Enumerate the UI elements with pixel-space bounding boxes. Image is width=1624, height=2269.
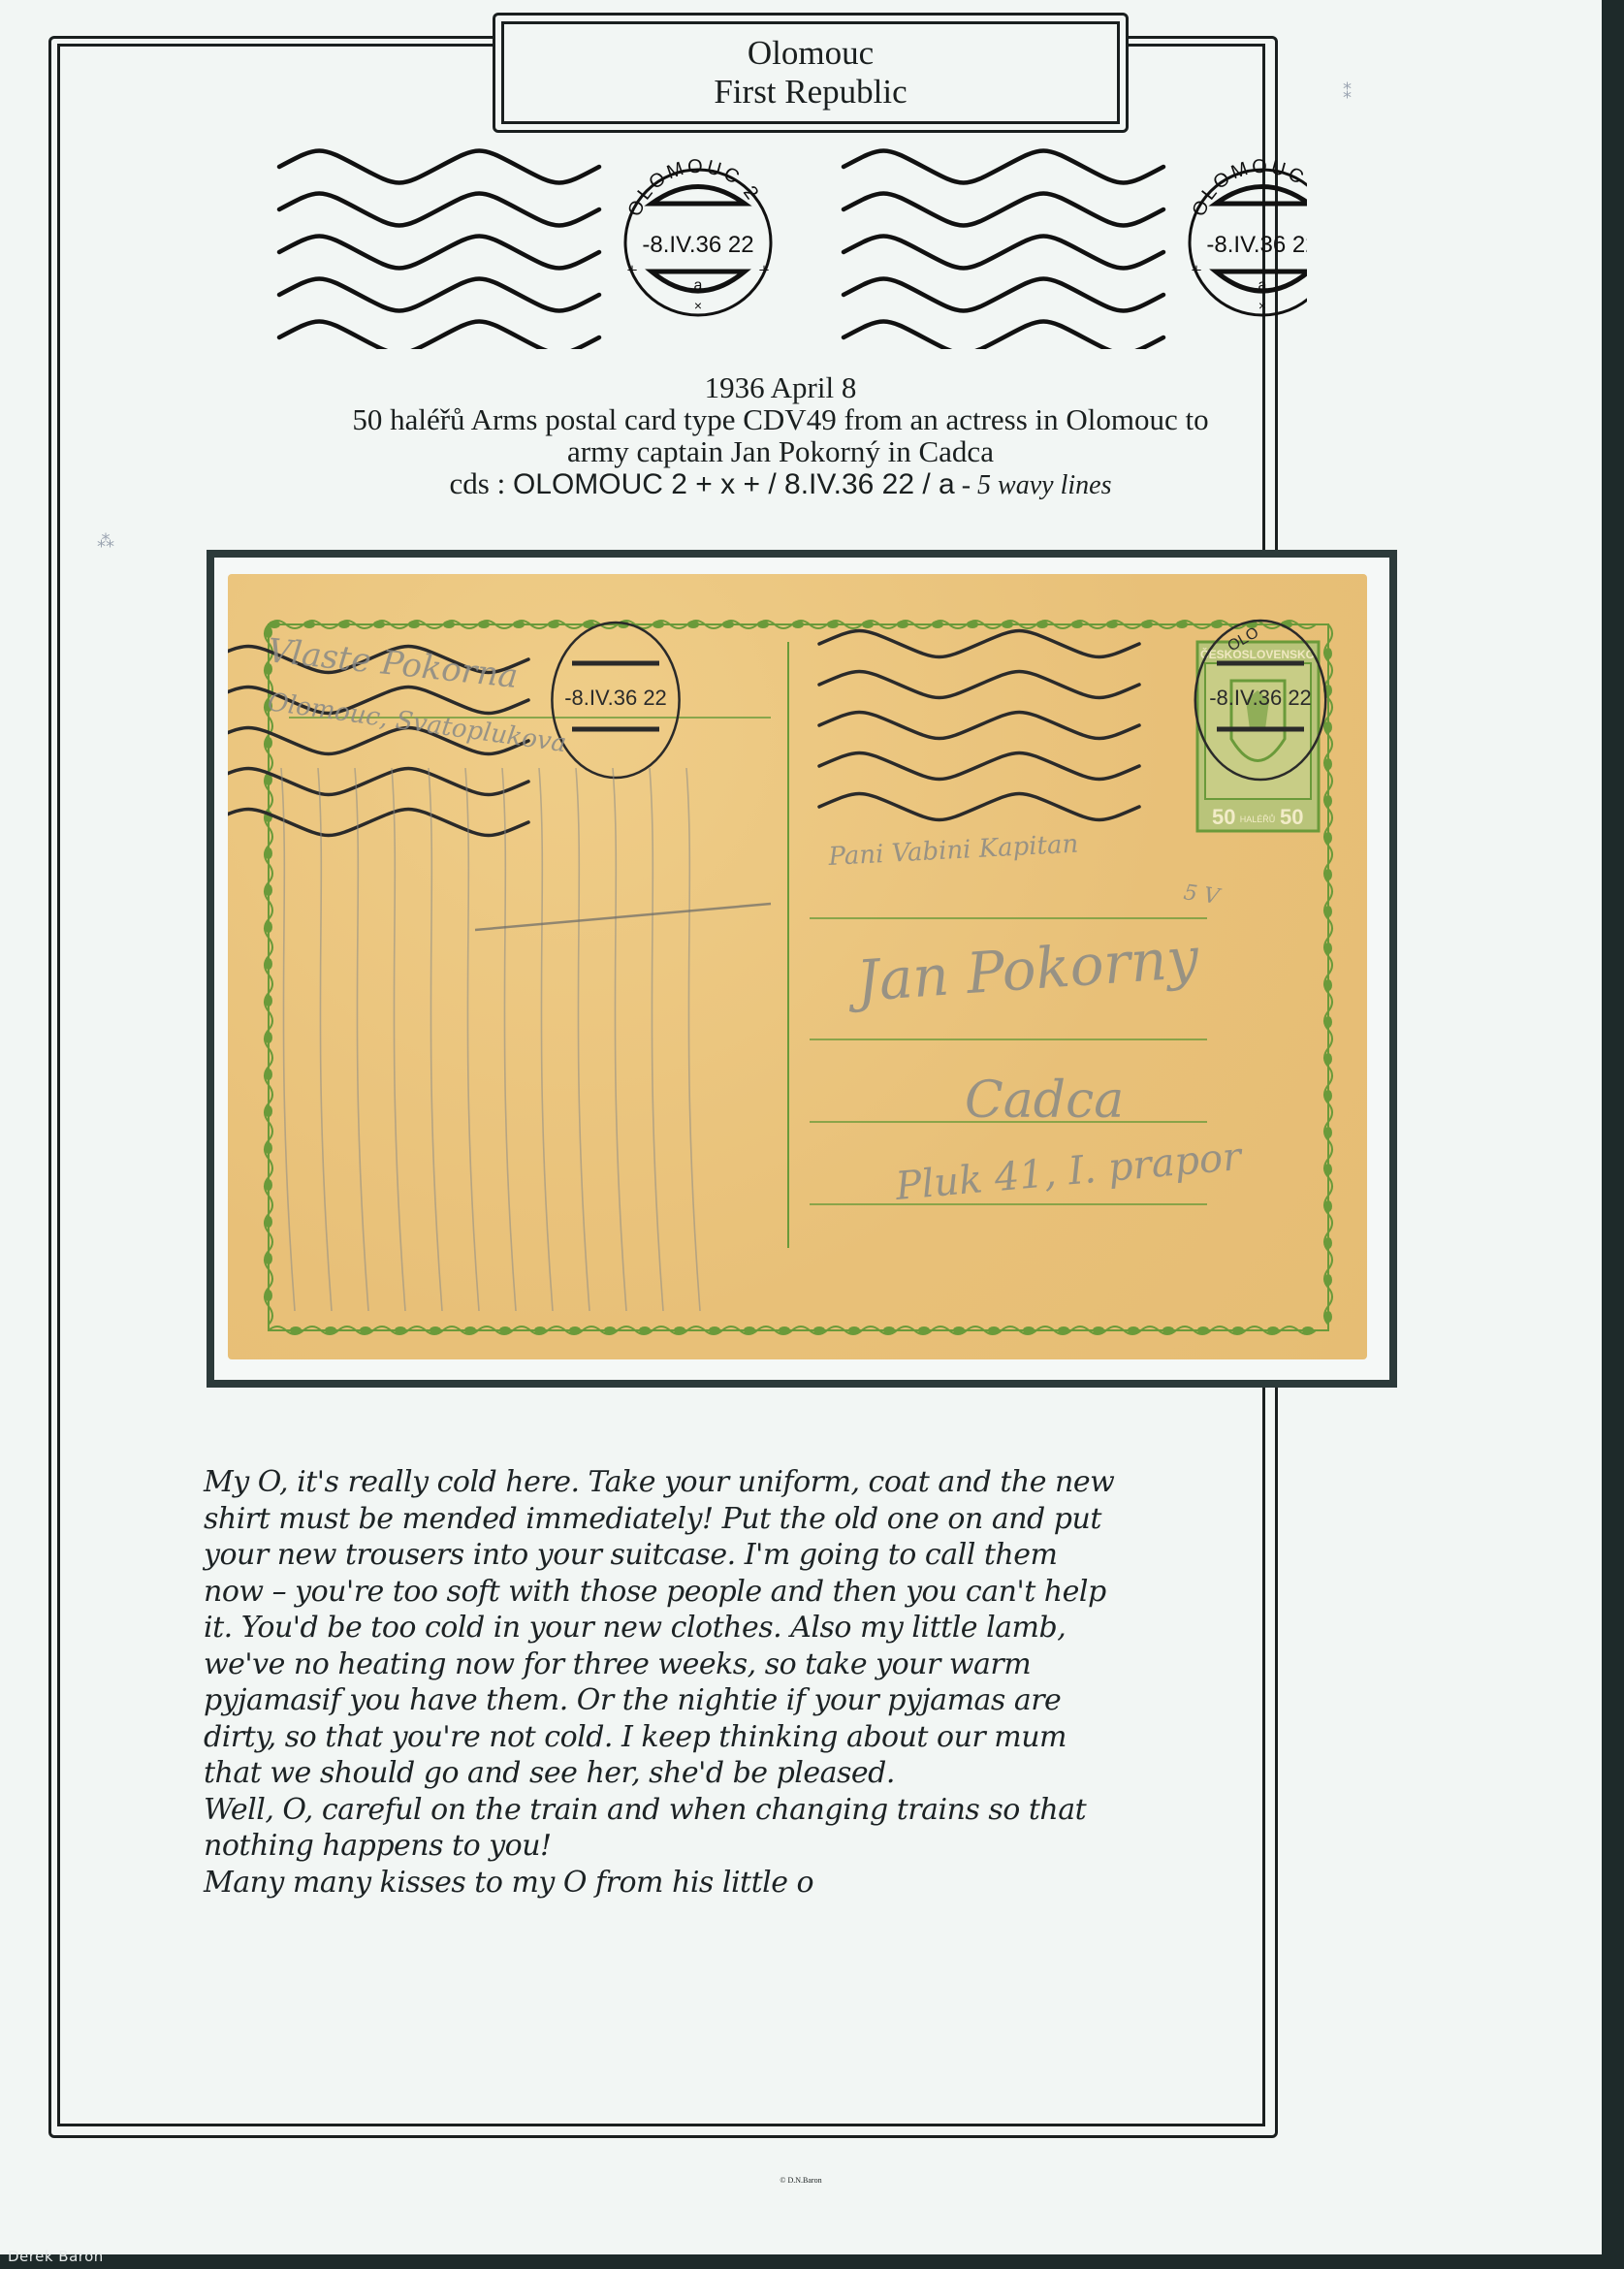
- card-cancel-wavy-line: [819, 672, 1139, 698]
- page-title: Olomouc First Republic: [501, 21, 1120, 124]
- imprinted-stamp: ČESKOSLOVENSKO50HALÉŘŮ50: [1197, 642, 1319, 831]
- handwriting: Olomouc, Svatoplukova: [266, 687, 568, 758]
- paper-speck: ⁂: [97, 531, 114, 552]
- translation-line: that we should go and see her, she'd be …: [204, 1755, 1367, 1792]
- svg-text:a: a: [1258, 277, 1267, 294]
- cds-value: OLOMOUC 2 + x + / 8.IV.36 22 / a: [513, 468, 955, 500]
- cancel-wavy-line: [279, 194, 599, 226]
- translation-line: your new trousers into your suitcase. I'…: [204, 1537, 1367, 1574]
- svg-text:-8.IV.36 22: -8.IV.36 22: [1206, 232, 1318, 258]
- letter-translation: My O, it's really cold here. Take your u…: [204, 1464, 1367, 1901]
- watermark: Derek Baron: [8, 2248, 104, 2265]
- cancel-wavy-line: [279, 237, 599, 269]
- svg-text:-8.IV.36 22: -8.IV.36 22: [564, 686, 667, 710]
- svg-text:ČESKOSLOVENSKO: ČESKOSLOVENSKO: [1200, 647, 1315, 661]
- svg-text:50: 50: [1212, 805, 1235, 829]
- svg-text:50: 50: [1280, 805, 1303, 829]
- cds-note: - 5 wavy lines: [955, 470, 1112, 500]
- card-cancel-wavy-line: [819, 753, 1139, 780]
- card-cds: -8.IV.36 22: [552, 623, 679, 778]
- postal-card-artwork: ČESKOSLOVENSKO50HALÉŘŮ50-8.IV.36 22-8.IV…: [228, 574, 1367, 1359]
- svg-text:HALÉŘŮ: HALÉŘŮ: [1240, 814, 1276, 824]
- handwriting: Pani Vabini Kapitan: [827, 830, 1079, 873]
- cancel-wavy-line: [844, 279, 1163, 311]
- translation-line: it. You'd be too cold in your new clothe…: [204, 1610, 1367, 1646]
- title-line-1: Olomouc: [748, 34, 874, 73]
- svg-text:+: +: [758, 260, 769, 281]
- handwriting: Vlaste Pokorna: [266, 631, 520, 696]
- translation-line: pyjamasif you have them. Or the nightie …: [204, 1682, 1367, 1719]
- caption-description-1: 50 haléřů Arms postal card type CDV49 fr…: [223, 403, 1338, 435]
- cancel-wavy-line: [279, 279, 599, 311]
- cancel-wavy-line: [844, 237, 1163, 269]
- postmark-illustration: OLOMOUC 2-8.IV.36 22a×++OLOMOUC 2-8.IV.3…: [271, 136, 1357, 349]
- cancel-wavy-line: [844, 151, 1163, 183]
- svg-text:×: ×: [694, 298, 702, 313]
- card-cancel-wavy-line: [228, 769, 528, 795]
- cancel-wavy-line: [844, 194, 1163, 226]
- svg-text:×: ×: [1258, 298, 1266, 313]
- album-page: Olomouc First Republic ⁑ ⁂ OLOMOUC 2-8.I…: [0, 0, 1602, 2254]
- cds-circle: OLOMOUC 2-8.IV.36 22a×++: [624, 156, 771, 315]
- svg-text:a: a: [694, 277, 703, 294]
- cancel-wavy-line: [844, 322, 1163, 350]
- postal-card: ČESKOSLOVENSKO50HALÉŘŮ50-8.IV.36 22-8.IV…: [228, 574, 1367, 1359]
- caption-cds: cds : OLOMOUC 2 + x + / 8.IV.36 22 / a -…: [223, 467, 1338, 501]
- exhibit-caption: 1936 April 8 50 haléřů Arms postal card …: [223, 371, 1338, 501]
- paper-speck: ⁑: [1343, 82, 1352, 103]
- translation-line: nothing happens to you!: [204, 1828, 1367, 1865]
- card-cancel-wavy-line: [228, 810, 528, 836]
- card-cancel-wavy-line: [819, 794, 1139, 820]
- svg-text:+: +: [626, 260, 637, 281]
- svg-text:-8.IV.36 22: -8.IV.36 22: [642, 232, 753, 258]
- caption-description-2: army captain Jan Pokorný in Cadca: [223, 435, 1338, 467]
- translation-line: My O, it's really cold here. Take your u…: [204, 1464, 1367, 1501]
- svg-text:+: +: [1191, 260, 1201, 281]
- translation-line: now – you're too soft with those people …: [204, 1574, 1367, 1611]
- translation-line: dirty, so that you're not cold. I keep t…: [204, 1719, 1367, 1756]
- card-cancel-wavy-line: [819, 631, 1139, 657]
- cancel-wavy-line: [279, 322, 599, 350]
- translation-line: Many many kisses to my O from his little…: [204, 1865, 1367, 1901]
- caption-date: 1936 April 8: [223, 371, 1338, 403]
- svg-text:-8.IV.36 22: -8.IV.36 22: [1209, 686, 1312, 710]
- translation-line: we've no heating now for three weeks, so…: [204, 1646, 1367, 1683]
- handwriting: Pluk 41, I. prapor: [893, 1134, 1246, 1209]
- card-cancel-wavy-line: [819, 713, 1139, 739]
- copyright: © D.N.Baron: [0, 2176, 1602, 2185]
- cancel-wavy-line: [279, 151, 599, 183]
- title-line-2: First Republic: [714, 73, 907, 112]
- translation-line: Well, O, careful on the train and when c…: [204, 1792, 1367, 1829]
- cds-prefix: cds :: [450, 466, 513, 500]
- handwriting: Cadca: [965, 1071, 1124, 1130]
- handwriting: 5 V: [1182, 880, 1223, 910]
- handwriting: Jan Pokorny: [844, 924, 1201, 1014]
- translation-line: shirt must be mended immediately! Put th…: [204, 1501, 1367, 1538]
